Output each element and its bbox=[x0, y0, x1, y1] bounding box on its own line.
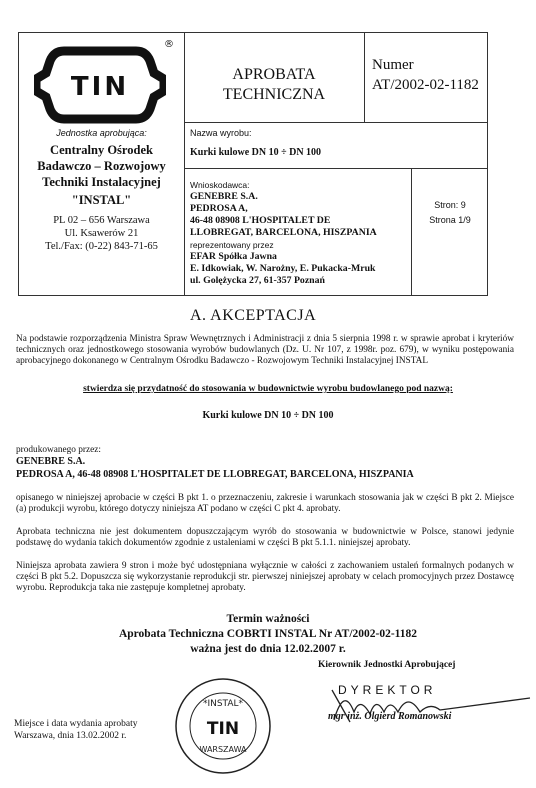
applicant-block: Wnioskodawca: GENEBRE S.A. PEDROSA A, 46… bbox=[190, 179, 377, 287]
product-name: Kurki kulowe DN 10 ÷ DN 100 bbox=[0, 410, 536, 421]
approving-unit-short: "INSTAL" bbox=[19, 193, 184, 208]
paragraph-1: opisanego w niniejszej aprobacie w częśc… bbox=[16, 493, 514, 515]
registered-mark: ® bbox=[164, 39, 174, 50]
divider bbox=[184, 122, 487, 123]
header-table: TIN ® Jednostka aprobująca: Centralny Oś… bbox=[18, 32, 488, 296]
document-number: Numer AT/2002-02-1182 bbox=[372, 55, 479, 95]
validity-date: ważna jest do dnia 12.02.2007 r. bbox=[0, 642, 536, 657]
svg-text:WARSZAWA: WARSZAWA bbox=[199, 745, 247, 754]
validity-number: Aprobata Techniczna COBRTI INSTAL Nr AT/… bbox=[0, 627, 536, 642]
producer-address: PEDROSA A, 46-48 08908 L'HOSPITALET DE L… bbox=[16, 469, 514, 480]
director-name: mgr inż. Olgierd Romanowski bbox=[328, 711, 451, 722]
divider bbox=[184, 168, 487, 169]
approving-unit-address: PL 02 – 656 Warszawa Ul. Ksawerów 21 Tel… bbox=[19, 214, 184, 253]
approving-unit-label: Jednostka aprobująca: bbox=[19, 128, 184, 138]
head-label: Kierownik Jednostki Aprobującej bbox=[318, 660, 455, 670]
paragraph-2: Aprobata techniczna nie jest dokumentem … bbox=[16, 527, 514, 549]
intro-paragraph: Na podstawie rozporządzenia Ministra Spr… bbox=[16, 334, 514, 367]
producer-name: GENEBRE S.A. bbox=[16, 456, 514, 467]
tin-logo-icon: TIN bbox=[34, 45, 166, 125]
svg-text:TIN: TIN bbox=[71, 72, 129, 102]
paragraph-3: Niniejsza aprobata zawiera 9 stron i moż… bbox=[16, 561, 514, 594]
svg-text:TIN: TIN bbox=[207, 719, 239, 739]
produced-by-label: produkowanego przez: bbox=[16, 445, 514, 456]
divider bbox=[364, 33, 365, 123]
place-date: Miejsce i data wydania aprobaty Warszawa… bbox=[14, 718, 137, 742]
director-title: DYREKTOR bbox=[338, 683, 436, 697]
stamp-icon: *INSTAL* TIN WARSZAWA bbox=[173, 676, 273, 776]
product-label: Nazwa wyrobu: bbox=[190, 128, 252, 138]
section-title: A. AKCEPTACJA bbox=[190, 307, 316, 325]
statement: stwierdza się przydatność do stosowania … bbox=[0, 384, 536, 394]
document-title: APROBATA TECHNICZNA bbox=[184, 65, 364, 105]
product-value: Kurki kulowe DN 10 ÷ DN 100 bbox=[190, 147, 321, 159]
approving-unit-name: Centralny Ośrodek Badawczo – Rozwojowy T… bbox=[19, 142, 184, 190]
svg-text:*INSTAL*: *INSTAL* bbox=[203, 699, 244, 709]
validity-title: Termin ważności bbox=[0, 612, 536, 627]
divider bbox=[411, 169, 412, 295]
page-info: Stron: 9 Strona 1/9 bbox=[411, 198, 489, 228]
